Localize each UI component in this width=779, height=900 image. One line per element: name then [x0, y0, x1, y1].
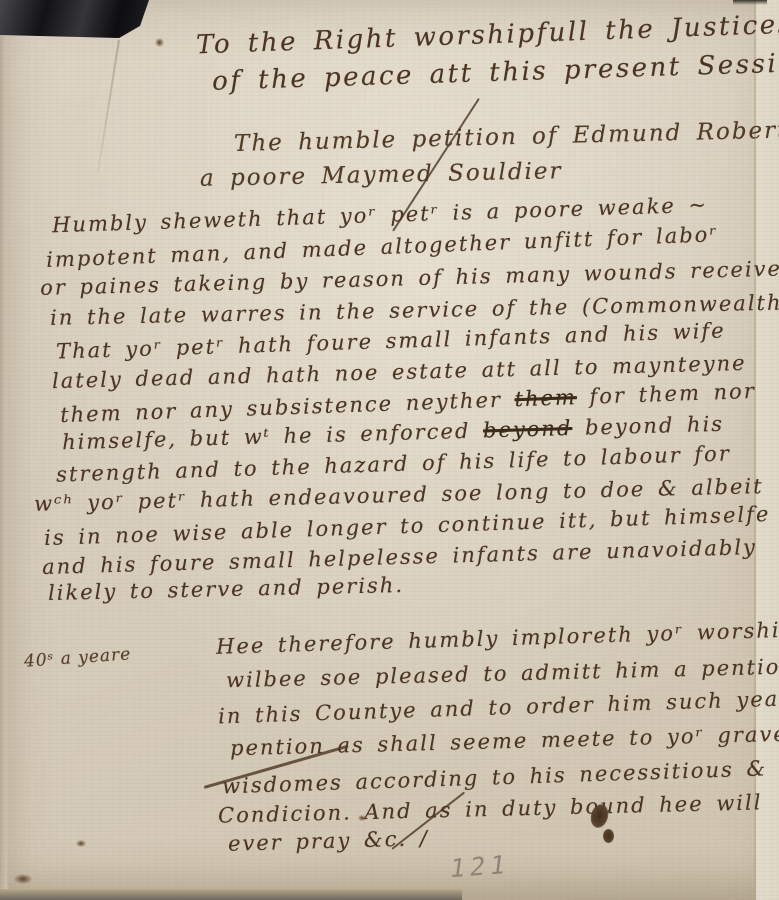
- body-line-text: for them nor: [576, 379, 756, 409]
- paper-bottom-edge: [0, 889, 462, 900]
- photo-backdrop: To the Right worshipfull the Justices of…: [0, 0, 779, 900]
- pencil-folio-number: 121: [448, 850, 512, 884]
- foxing-spot: [155, 38, 164, 47]
- foxing-spot: [76, 840, 86, 847]
- paper-crease: [97, 40, 120, 174]
- prayer-line: in this Countye and to order him such ye…: [218, 686, 779, 729]
- margin-annotation: 40ˢ a yeare: [23, 644, 131, 671]
- paper-left-edge: [0, 0, 9, 900]
- ink-blot: [603, 829, 614, 843]
- foxing-spot: [14, 874, 32, 884]
- struck-word: beyond: [483, 416, 573, 442]
- struck-word: them: [514, 385, 577, 411]
- paper-sheet: To the Right worshipfull the Justices of…: [0, 0, 779, 900]
- prayer-line: wilbee soe pleased to admitt him a penti…: [226, 654, 779, 693]
- top-right-corner-shadow: [733, 0, 767, 5]
- petition-title-line: The humble petition of Edmund Roberts: [234, 117, 779, 157]
- prayer-line: Hee therefore humbly imploreth yoʳ worsh…: [216, 617, 779, 659]
- prayer-line: Condicion. And as in duty bound hee will: [218, 790, 763, 827]
- petition-title-line: a poore Maymed Souldier: [200, 158, 563, 192]
- foxing-spot: [358, 815, 366, 821]
- body-line-text: beyond his: [572, 412, 724, 440]
- binding-clip: [0, 0, 149, 38]
- body-line-text: likely to sterve and perish.: [48, 573, 404, 605]
- body-line: likely to sterve and perish.: [48, 573, 404, 605]
